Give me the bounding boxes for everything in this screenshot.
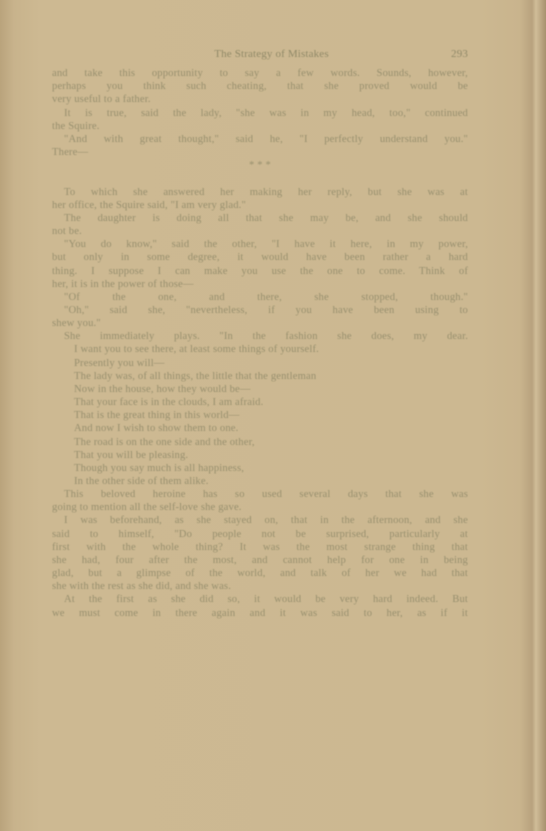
- body-text: and take this opportunity to say a few w…: [52, 67, 468, 620]
- text-line: we must come in there again and it was s…: [52, 607, 468, 620]
- text-line: "Of the one, and there, she stopped, tho…: [52, 291, 468, 304]
- text-line: her, it is in the power of those—: [52, 278, 468, 291]
- text-line: Presently you will—: [52, 357, 468, 370]
- text-line: That you will be pleasing.: [52, 449, 468, 462]
- text-line: going to mention all the self-love she g…: [52, 501, 468, 514]
- text-line: It is true, said the lady, "she was in m…: [52, 107, 468, 120]
- text-line: she had, four after the most, and cannot…: [52, 554, 468, 567]
- text-line: she with the rest as she did, and she wa…: [52, 580, 468, 593]
- page-number: 293: [451, 48, 468, 61]
- text-line: "And with great thought," said he, "I pe…: [52, 133, 468, 146]
- text-line: The lady was, of all things, the little …: [52, 370, 468, 383]
- text-line: This beloved heroine has so used several…: [52, 488, 468, 501]
- text-line: very useful to a father.: [52, 93, 468, 106]
- text-line: her office, the Squire said, "I am very …: [52, 199, 468, 212]
- text-line: [52, 172, 468, 185]
- text-line: "You do know," said the other, "I have i…: [52, 238, 468, 251]
- scanned-book-page: The Strategy of Mistakes 293 and take th…: [0, 0, 546, 831]
- running-head: The Strategy of Mistakes 293: [52, 48, 468, 61]
- text-line: I was beforehand, as she stayed on, that…: [52, 514, 468, 527]
- text-line: but only in some degree, it would have b…: [52, 251, 468, 264]
- text-line: There—: [52, 146, 468, 159]
- text-line: That your face is in the clouds, I am af…: [52, 396, 468, 409]
- text-line: and take this opportunity to say a few w…: [52, 67, 468, 80]
- text-line: glad, but a glimpse of the world, and ta…: [52, 567, 468, 580]
- text-line: She immediately plays. "In the fashion s…: [52, 330, 468, 343]
- text-line: The daughter is doing all that she may b…: [52, 212, 468, 225]
- text-line: Though you say much is all happiness,: [52, 462, 468, 475]
- text-line: thing. I suppose I can make you use the …: [52, 265, 468, 278]
- text-line: That is the great thing in this world—: [52, 409, 468, 422]
- page-text-block: The Strategy of Mistakes 293 and take th…: [52, 48, 468, 620]
- text-line: * * *: [52, 159, 468, 172]
- text-line: In the other side of them alike.: [52, 475, 468, 488]
- text-line: perhaps you think such cheating, that sh…: [52, 80, 468, 93]
- text-line: And now I wish to show them to one.: [52, 422, 468, 435]
- text-line: I want you to see there, at least some t…: [52, 343, 468, 356]
- text-line: first with the whole thing? It was the m…: [52, 541, 468, 554]
- running-head-title: The Strategy of Mistakes: [52, 48, 451, 61]
- text-line: said to himself, "Do people not be surpr…: [52, 528, 468, 541]
- text-line: Now in the house, how they would be—: [52, 383, 468, 396]
- text-line: "Oh," said she, "nevertheless, if you ha…: [52, 304, 468, 317]
- text-line: At the first as she did so, it would be …: [52, 593, 468, 606]
- text-line: To which she answered her making her rep…: [52, 186, 468, 199]
- text-line: The road is on the one side and the othe…: [52, 436, 468, 449]
- text-line: the Squire.: [52, 120, 468, 133]
- text-line: not be.: [52, 225, 468, 238]
- text-line: shew you.": [52, 317, 468, 330]
